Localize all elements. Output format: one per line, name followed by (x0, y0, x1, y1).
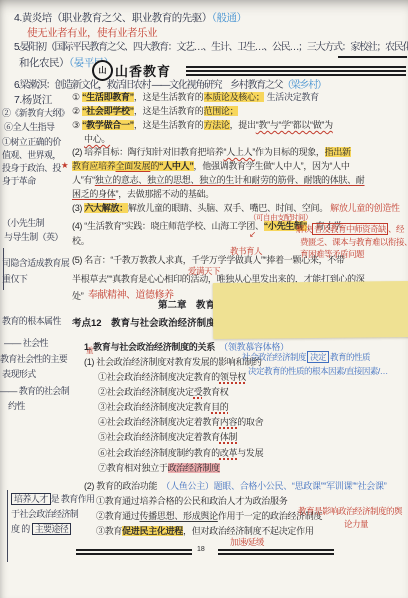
text-segment: 教育社会性的主要 (0, 354, 67, 364)
text-society-as-school: ② “社会即学校”，这是生活教育的范围论； (72, 106, 238, 117)
text-segment: ⑤社会政治经济制度决定着教育 (98, 432, 220, 442)
scanned-notes-page: 4.黄炎培（职业教育之父、职业教育的先驱）（般通） 使无业者有业，使有业者乐业 … (0, 0, 408, 598)
margin-note-main-form: 教育社会性的主要 (0, 354, 67, 365)
shanxiang-logo-icon: 山 (92, 60, 113, 81)
red-note-shortage-1: 解决普及教育中师资奇缺、经 (296, 224, 404, 235)
margin-note-talent-path-3: 度 的 主要途径 (11, 524, 71, 535)
text-segment: 教育的性质 (330, 352, 370, 362)
text-segment: 1. 教育与社会政治经济制度的关系 (84, 342, 215, 352)
red-arrow-mark: ↙ (249, 229, 256, 240)
text-teach-learn-do-2: 中心。 (84, 134, 110, 145)
text-segment: 约性 (8, 401, 25, 411)
text-segment: 目的 (211, 402, 228, 412)
list-item-reform: ⑥社会政治经济制度制约教育的改革与发展 (98, 448, 263, 459)
header-rule (186, 74, 406, 76)
text-segment: 的取舍 (237, 417, 263, 427)
footer-rule (76, 553, 192, 555)
text-segment: ④社会政治经济制度决定着教育 (98, 417, 220, 427)
text-segment: 第二章 教育 (158, 300, 215, 311)
text-segment: ，这是生活教育的 (134, 120, 204, 130)
text-segment: 解放儿童的眼睛、头脑、双手、嘴巴、时间、空间。 (128, 203, 328, 213)
red-note-opinion-force: 教育是影响政治经济制度的舆 (298, 506, 402, 517)
note-yanyangchu: 5.晏阳初（国际平民教育之父、四大教育：文艺…、生计、卫生…、公民…；三大方式：… (14, 42, 408, 55)
text-segment: 决定教育的性质的根本因素/直接因素/… (248, 366, 388, 376)
text-segment: 处” (72, 291, 83, 301)
margin-note-social-constraint-2: 约性 (8, 401, 25, 412)
list-item-independence: ⑦教育相对独立于政治经济制度 (98, 463, 220, 474)
text-segment: 促进民主化进程 (122, 526, 183, 536)
text-teach-learn-do: ③ “教学做合一”，这是生活教育的方法论，提出“教”与“学”都以“做”为 (72, 120, 333, 131)
header-rule (186, 70, 406, 72)
text-segment: 领导权 (220, 372, 246, 382)
text-segment: “人上人” (224, 147, 256, 157)
text-segment: ②《新教育大纲》 (2, 108, 69, 118)
text-target-4: 困乏的身体”，去做那摇不动的基础。 (72, 189, 214, 200)
margin-note-quote-hint: 司隐含适成教育展 (2, 258, 69, 269)
note-yangxianjiang: 7.杨贤江 (14, 94, 52, 107)
text-segment: ★ (61, 160, 68, 170)
text-segment: 主要途径 (32, 523, 72, 535)
text-segment: 中心。 (84, 134, 110, 144)
margin-note-daoshengzhi: 与导生制（英） (4, 232, 63, 243)
text-segment: ① (72, 92, 82, 102)
text-segment: 司隐含适成教育展 (2, 258, 69, 268)
text-segment: 作为目标的现象， (255, 147, 325, 157)
red-note-accelerate-delay: 加速/延缓 (230, 537, 264, 548)
text-segment: ”，去做那摇不动的基础。 (116, 189, 214, 199)
text-segment: 重仅下 (2, 274, 27, 284)
text-segment: ② (72, 106, 82, 116)
header-rule (186, 66, 406, 68)
text-segment: 传播思想、形成舆论 (140, 511, 218, 521)
text-segment: 体制 (220, 432, 237, 442)
text-segment: (1) 社会政治经济制度对教育发展的影响和制约 (84, 357, 262, 367)
text-segment: ⑦教育相对独立于 (98, 463, 168, 473)
note-huangyanpei: 4.黄炎培（职业教育之父、职业教育的先驱）（般通） (14, 12, 247, 25)
text-segment: ⑥全人生指导 (4, 122, 54, 132)
margin-note-social-constraint: —— 教育的社会制 (0, 386, 69, 397)
margin-note-values: ①树立正确的价值观、世界观，投身于政治、投身于革命 (2, 136, 66, 188)
text-segment: 度 的 (11, 524, 32, 534)
header-rule-top (338, 56, 407, 58)
text-segment: ③社会政治经济制度决定教育 (98, 402, 211, 412)
margin-note-xiaoxianshengzhi: （小先生制 (2, 218, 44, 229)
text-segment: 困乏的身体 (72, 189, 116, 199)
footer-rule (76, 549, 192, 551)
text-segment: ①树立正确的价值观、世界观，投身于政治、投身于革命 (2, 137, 61, 186)
text-segment: 解放儿童的创造性 (328, 203, 400, 213)
text-segment: ，提出 (230, 120, 256, 130)
text-quotes-3: 处” (72, 291, 83, 302)
margin-vertical-line-2 (7, 490, 8, 562)
text-segment: （领教慕容体格） (215, 342, 289, 352)
text-segment: 生活决定教育 (264, 92, 318, 102)
text-segment: 教育是影响政治经济制度的舆 (298, 506, 402, 516)
text-segment: 改革 (220, 448, 237, 458)
list-item-right-to-education: ②社会政治经济制度决定受教育权 (98, 387, 229, 398)
page-number: 18 (197, 546, 205, 553)
text-segment: “教学做合一” (82, 120, 134, 130)
text-segment: 全面发展 (116, 161, 151, 171)
margin-note-talent-path-2: 于社会政治经济制 (11, 509, 78, 520)
text-segment: 7.杨贤江 (14, 94, 52, 106)
text-segment: (4) “生活教育”实践：晓庄师范学校、山海工学团、 (72, 221, 264, 231)
text-segment: (3) (72, 203, 84, 213)
list-item-public-opinion: ②教育通过传播思想、形成舆论作用于一定的政治经济制度 (96, 511, 322, 522)
text-segment: (2) 培养目标：陶行知针对旧教育把培养 (72, 147, 224, 157)
text-segment: （小先生制 (2, 218, 44, 228)
margin-note-quote-hint-2: 重仅下 (2, 274, 27, 285)
note-liangshuming: 6.梁漱溟：创造新文化，救活旧农村 ——文化视角研究 乡村教育之父（梁乡村） (14, 80, 326, 93)
text-practice-2: 校。 (72, 236, 89, 247)
text-segment: “生活即教育” (82, 92, 134, 102)
text-segment: ，他强调教育学生做“人中人”，因为“人中 (194, 161, 350, 171)
text-segment: 加速/延缓 (230, 537, 264, 547)
margin-note-talent-path: 培养人才是 教育作用 (11, 494, 95, 505)
text-segment: 教育权 (202, 387, 228, 397)
text-segment: 6.梁漱溟：创造新文化，救活旧农村 ——文化视角研究 乡村教育之父 (14, 80, 282, 91)
text-segment: 费匮乏、课本与教育难以衔接、女子教 (300, 237, 408, 247)
text-segment: 5.晏阳初（国际平民教育之父、四大教育：文艺…、生计、卫生…、公民…；三大方式：… (14, 42, 408, 53)
text-segment: （般通） (212, 12, 247, 24)
margin-note-quanrensheng: ⑥全人生指导 (4, 122, 54, 133)
text-segment: —— 教育的社会制 (0, 386, 69, 396)
text-life-education: ① “生活即教育”，这是生活教育的本质论及核心； 生活决定教育 (72, 92, 319, 103)
brand-title: 山香教育 (115, 61, 171, 80)
sticky-note (213, 281, 408, 339)
text-segment: 指出新 (325, 147, 351, 157)
text-segment: （梁乡村） (282, 80, 326, 91)
list-item-content: ④社会政治经济制度决定着教育内容的取舍 (98, 417, 263, 428)
text-segment: 教育的根本属性 (2, 316, 61, 326)
text-segment: 、经 (388, 224, 404, 234)
text-segment: —— 社会性 (4, 338, 48, 348)
text-segment: (5) 名言：“千教万教教人求真，千学万学学做真人”“捧着一颗心来，不带 (72, 255, 345, 265)
chapter-heading: 第二章 教育 (158, 300, 215, 312)
margin-note-main-form-2: 表现形式 (2, 369, 36, 380)
text-segment: 是 教育作用 (51, 494, 95, 504)
list-item-leadership: ①社会政治经济制度决定教育的领导权 (98, 372, 246, 383)
text-segment: 内容 (220, 417, 237, 427)
text-segment: 使无业者有业，使有业者乐业 (27, 27, 157, 39)
text-segment: 与发展 (237, 448, 263, 458)
margin-vertical-line (3, 248, 4, 290)
text-segment: ，这是生活教育的 (134, 106, 204, 116)
text-segment: “教”与“学”都以“做”为 (256, 120, 333, 130)
text-political-function-title: (2) 教育的政治功能 （人鱼公主）题眼、合格小公民、“思政课”“军训课”“社会… (84, 481, 386, 492)
text-segment: 范围论； (204, 106, 239, 116)
text-segment: 4.黄炎培（职业教育之父、职业教育的先驱） (14, 12, 212, 24)
text-target-3: 人”有“独立的意志、独立的思想、独立的生计和耐劳的筋骨、耐饿的体肤、耐 (72, 175, 365, 186)
text-segment: ③教育 (96, 526, 122, 536)
text-segment: ①社会政治经济制度决定教育的 (98, 372, 220, 382)
list-item-system: ⑤社会政治经济制度决定着教育体制 (98, 432, 237, 443)
margin-note-sociality: —— 社会性 (4, 338, 48, 349)
text-segment: 政治经济制度 (168, 463, 220, 473)
list-item-train-citizens: ①教育通过培养合格的公民和政治人才为政治服务 (96, 496, 287, 507)
text-segment: ，但对政治经济制度不起决定作用 (183, 526, 314, 536)
text-segment: 六大解放： (84, 203, 128, 213)
text-six-liberations: (3) 六大解放：解放儿童的眼睛、头脑、双手、嘴巴、时间、空间。 解放儿童的创造… (72, 203, 400, 214)
footer-rule (218, 553, 334, 555)
text-segment: 本质论及核心； (204, 92, 265, 102)
text-segment: 论力量 (344, 519, 368, 529)
text-segment: 于社会政治经济制 (11, 509, 78, 519)
text-segment: ①教育通过培养合格的公民和政治人才为政治服务 (96, 496, 287, 506)
text-target-2: 教育应培养全面发展的“人中人”，他强调教育学生做“人中人”，因为“人中 (72, 161, 350, 172)
text-segment: “社会即学校” (82, 106, 134, 116)
text-segment: ，这是生活教育的 (134, 92, 204, 102)
text-influence-title: (1) 社会政治经济制度对教育发展的影响和制约 (84, 357, 262, 368)
text-segment: 表现形式 (2, 369, 36, 379)
blue-note-root-factor: 决定教育的性质的根本因素/直接因素/… (248, 366, 388, 377)
text-target-1: (2) 培养目标：陶行知针对旧教育把培养“人上人”作为目标的现象，指出新 (72, 147, 351, 158)
text-segment: 普及教育中师资奇缺 (312, 223, 388, 235)
text-segment: “人中人” (159, 161, 194, 171)
text-segment: ③ (72, 120, 82, 130)
text-segment: （人鱼公主）题眼、合格小公民、“思政课”“军训课”“社会课” (157, 481, 386, 491)
text-segment: (2) 教育的政治功能 (84, 481, 157, 491)
text-segment: 与导生制（英） (4, 232, 63, 242)
text-segment: 独立的意志、独立的思想、独立的生计和耐劳的筋骨、耐饿的体肤、耐 (95, 175, 365, 185)
margin-note-root-attribute: 教育的根本属性 (2, 316, 61, 327)
text-segment: 的 (150, 161, 159, 171)
red-note-shortage-2: 费匮乏、课本与教育难以衔接、女子教 (300, 237, 408, 248)
text-segment: 方法论 (204, 120, 230, 130)
text-segment: 解决 (296, 224, 312, 234)
list-item-purpose: ③社会政治经济制度决定教育目的 (98, 402, 229, 413)
text-segment: 和化农民） (19, 57, 69, 69)
note-huangyanpei-quote: 使无业者有业，使有业者乐业 (27, 27, 157, 40)
text-segment: 决定 (307, 351, 329, 363)
red-star-mark: ★ (61, 160, 68, 171)
text-segment: 培养人才 (11, 493, 51, 505)
text-segment: ②社会政治经济制度决定 (98, 387, 194, 397)
red-note-opinion-force-2: 论力量 (344, 519, 368, 530)
text-segment: 教育应培养 (72, 161, 116, 171)
text-segment: ⑥社会政治经济制度制约教育的 (98, 448, 220, 458)
text-segment: 校。 (72, 236, 89, 246)
text-segment: ②教育通过 (96, 511, 140, 521)
text-segment: 人”有“ (72, 175, 95, 185)
text-segment: ↙ (249, 229, 256, 239)
text-quotes-1: (5) 名言：“千教万教教人求真，千学万学学做真人”“捧着一颗心来，不带 (72, 255, 345, 266)
footer-rule (218, 549, 334, 551)
margin-note-xinjiaoyudagang: ②《新教育大纲》 (2, 108, 69, 119)
list-item-democratization: ③教育促进民主化进程，但对政治经济制度不起决定作用 (96, 526, 314, 537)
